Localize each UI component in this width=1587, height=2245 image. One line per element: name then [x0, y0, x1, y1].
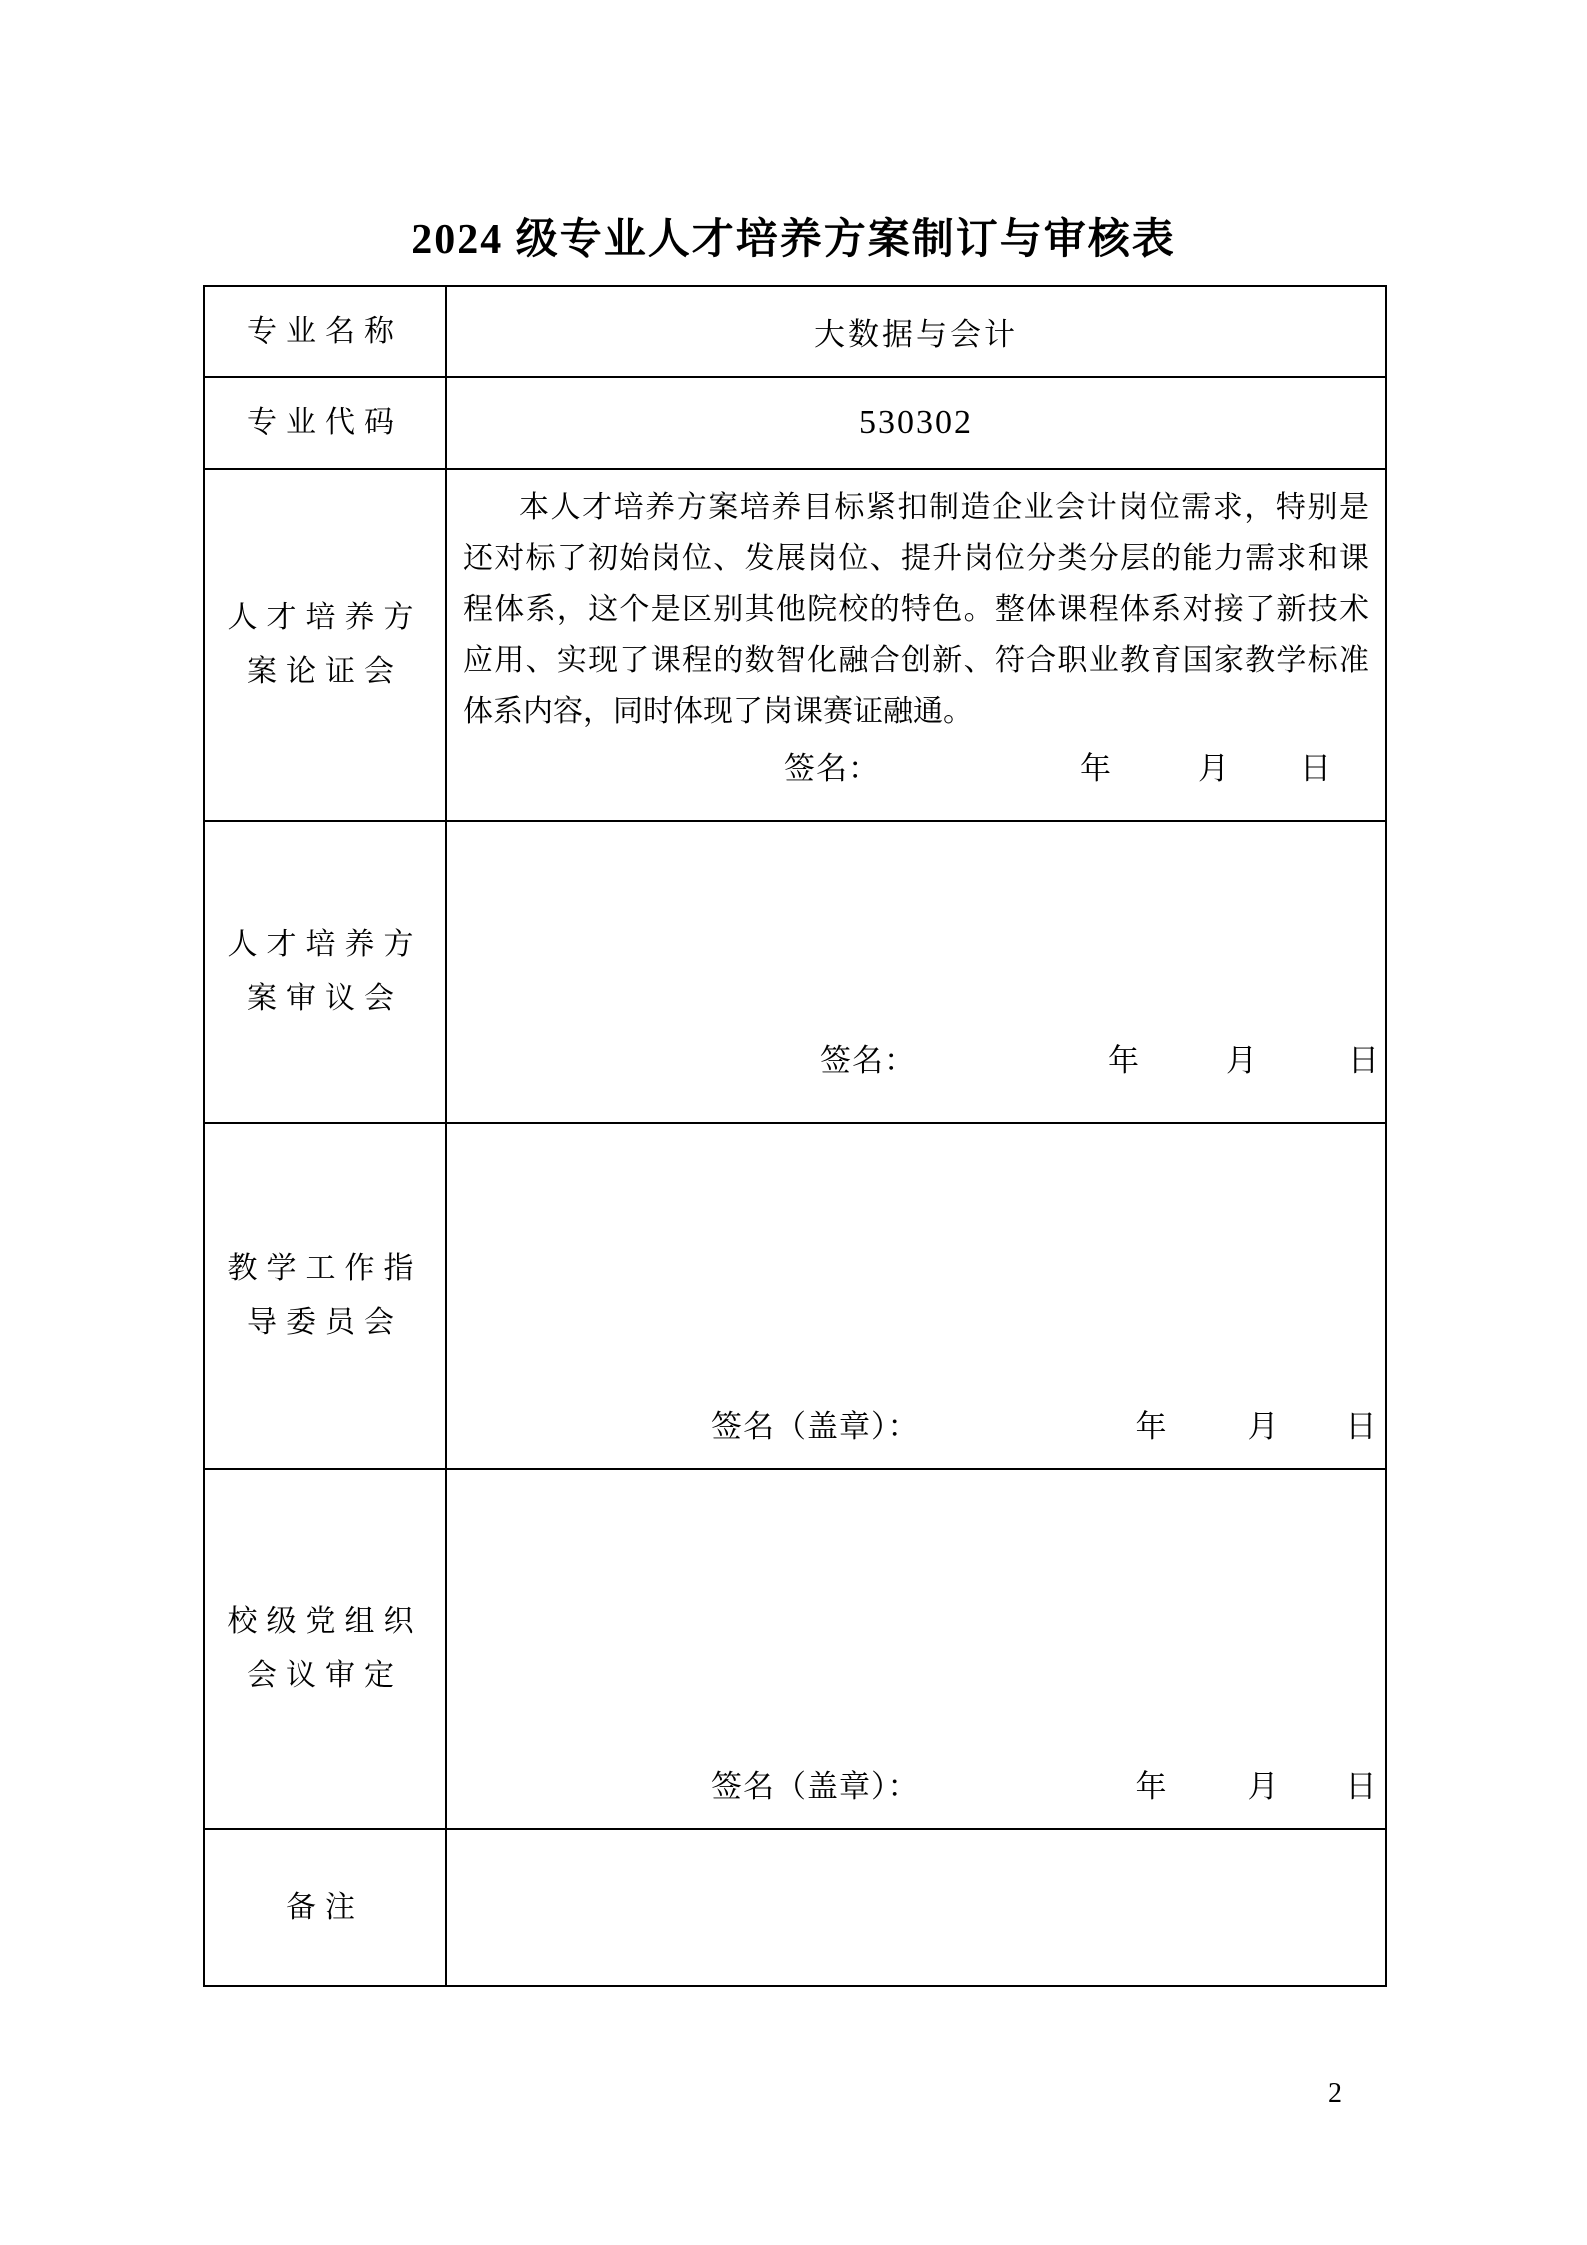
year-label: 年 [1136, 1401, 1168, 1446]
deliberation-meeting-content: 签名：年月日 [447, 822, 1387, 1124]
label-text: 导委员会 [247, 1296, 403, 1350]
signature-line: 签名：年月日 [820, 1035, 1380, 1080]
remarks-content [447, 1830, 1387, 1987]
label-text: 专业名称 [247, 305, 403, 359]
field-label-party-organization-review: 校级党组织 会议审定 [205, 1470, 447, 1830]
year-label: 年 [1080, 743, 1112, 788]
field-label-major-name: 专业名称 [205, 287, 447, 378]
label-text: 教学工作指 [228, 1242, 423, 1296]
signature-line: 签名（盖章）：年月日 [711, 1401, 1378, 1446]
document-page: 2024 级专业人才培养方案制订与审核表 专业名称 大数据与会计 专业代码 53… [0, 0, 1587, 2245]
month-label: 月 [1248, 1761, 1280, 1806]
field-label-teaching-committee: 教学工作指 导委员会 [205, 1124, 447, 1470]
year-label: 年 [1108, 1035, 1140, 1080]
label-text: 人才培养方 [228, 591, 423, 645]
day-label: 日 [1346, 1761, 1378, 1806]
day-label: 日 [1300, 743, 1332, 788]
teaching-committee-content: 签名（盖章）：年月日 [447, 1124, 1387, 1470]
label-text: 专业代码 [247, 396, 403, 450]
paragraph-line: 程体系，这个是区别其他院校的特色。整体课程体系对接了新技术 [463, 584, 1369, 635]
demonstration-opinion-paragraph: 本人才培养方案培养目标紧扣制造企业会计岗位需求，特别是 还对标了初始岗位、发展岗… [447, 470, 1385, 737]
paragraph-line: 本人才培养方案培养目标紧扣制造企业会计岗位需求，特别是 [463, 482, 1369, 533]
paragraph-line: 还对标了初始岗位、发展岗位、提升岗位分类分层的能力需求和课 [463, 533, 1369, 584]
day-label: 日 [1348, 1035, 1380, 1080]
field-label-deliberation-meeting: 人才培养方 案审议会 [205, 822, 447, 1124]
major-code-value: 530302 [859, 404, 973, 442]
field-value-major-code: 530302 [447, 378, 1387, 470]
field-label-major-code: 专业代码 [205, 378, 447, 470]
label-text: 会议审定 [247, 1649, 403, 1703]
paragraph-line: 体系内容，同时体现了岗课赛证融通。 [463, 686, 1369, 737]
label-text: 案论证会 [247, 645, 403, 699]
month-label: 月 [1198, 743, 1230, 788]
signature-line: 签名（盖章）：年月日 [711, 1761, 1378, 1806]
party-organization-review-content: 签名（盖章）：年月日 [447, 1470, 1387, 1830]
demonstration-meeting-content: 本人才培养方案培养目标紧扣制造企业会计岗位需求，特别是 还对标了初始岗位、发展岗… [447, 470, 1387, 822]
paragraph-line: 应用、实现了课程的数智化融合创新、符合职业教育国家教学标准 [463, 635, 1369, 686]
month-label: 月 [1226, 1035, 1258, 1080]
label-text: 案审议会 [247, 972, 403, 1026]
signature-label: 签名： [784, 751, 880, 786]
label-text: 人才培养方 [228, 918, 423, 972]
year-label: 年 [1136, 1761, 1168, 1806]
field-label-remarks: 备注 [205, 1830, 447, 1987]
label-text: 校级党组织 [228, 1595, 423, 1649]
signature-line: 签名：年月日 [784, 743, 1332, 788]
page-title: 2024 级专业人才培养方案制订与审核表 [0, 206, 1587, 266]
page-number: 2 [1328, 2078, 1342, 2110]
field-label-demonstration-meeting: 人才培养方 案论证会 [205, 470, 447, 822]
review-form-table: 专业名称 大数据与会计 专业代码 530302 人才培养方 案论证会 本人才培养… [203, 285, 1387, 1987]
signature-label: 签名（盖章）： [711, 1769, 920, 1804]
day-label: 日 [1346, 1401, 1378, 1446]
label-text: 备注 [286, 1881, 364, 1935]
month-label: 月 [1248, 1401, 1280, 1446]
signature-label: 签名： [820, 1043, 916, 1078]
field-value-major-name: 大数据与会计 [447, 287, 1387, 378]
signature-label: 签名（盖章）： [711, 1409, 920, 1444]
major-name-value: 大数据与会计 [814, 309, 1018, 354]
